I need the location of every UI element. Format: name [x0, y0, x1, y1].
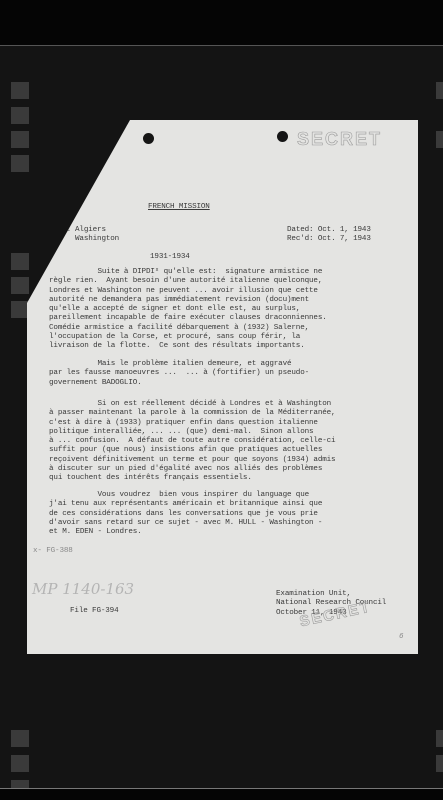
document-heading: FRENCH MISSION [148, 203, 210, 212]
from-value: Algiers [75, 226, 106, 235]
sprocket-hole [11, 155, 29, 172]
punch-hole [277, 131, 288, 142]
sprocket-hole [436, 131, 443, 148]
sprocket-hole [11, 253, 29, 270]
punch-hole [143, 133, 154, 144]
dated-field: Dated: Oct. 1, 1943 [287, 226, 371, 235]
sprocket-hole [11, 755, 29, 772]
sprocket-hole [11, 301, 29, 318]
sprocket-hole [11, 131, 29, 148]
to-value: Washington [75, 235, 119, 244]
film-edge-line [0, 788, 443, 789]
sprocket-hole [11, 780, 29, 788]
classification-stamp-top: SECRET [297, 129, 382, 150]
sprocket-hole [436, 730, 443, 747]
reference-number: 1931-1934 [150, 253, 190, 262]
received-field: Rec'd: Oct. 7, 1943 [287, 235, 371, 244]
file-reference: File FG-394 [70, 607, 118, 616]
sprocket-hole [436, 755, 443, 772]
handwritten-annotation: MP 1140-163 [32, 580, 134, 598]
paragraph-2: Mais le problème italien demeure, et agg… [49, 360, 309, 388]
paragraph-4: Vous voudrez bien vous inspirer du langu… [49, 491, 322, 537]
sprocket-hole [11, 277, 29, 294]
paragraph-3: Si on est réellement décidé à Londres et… [49, 400, 335, 484]
footnote: x- FG-388 [33, 547, 73, 556]
sprocket-hole [436, 82, 443, 99]
sprocket-hole [11, 82, 29, 99]
page-mark: 6 [399, 633, 403, 642]
document-page: SECRET FRENCH MISSION From: Algiers To: … [27, 120, 418, 654]
sprocket-hole [11, 107, 29, 124]
paragraph-1: Suite à DIPDIˣ qu'elle est: signature ar… [49, 268, 327, 352]
film-edge-line [0, 45, 443, 46]
sprocket-hole [11, 730, 29, 747]
